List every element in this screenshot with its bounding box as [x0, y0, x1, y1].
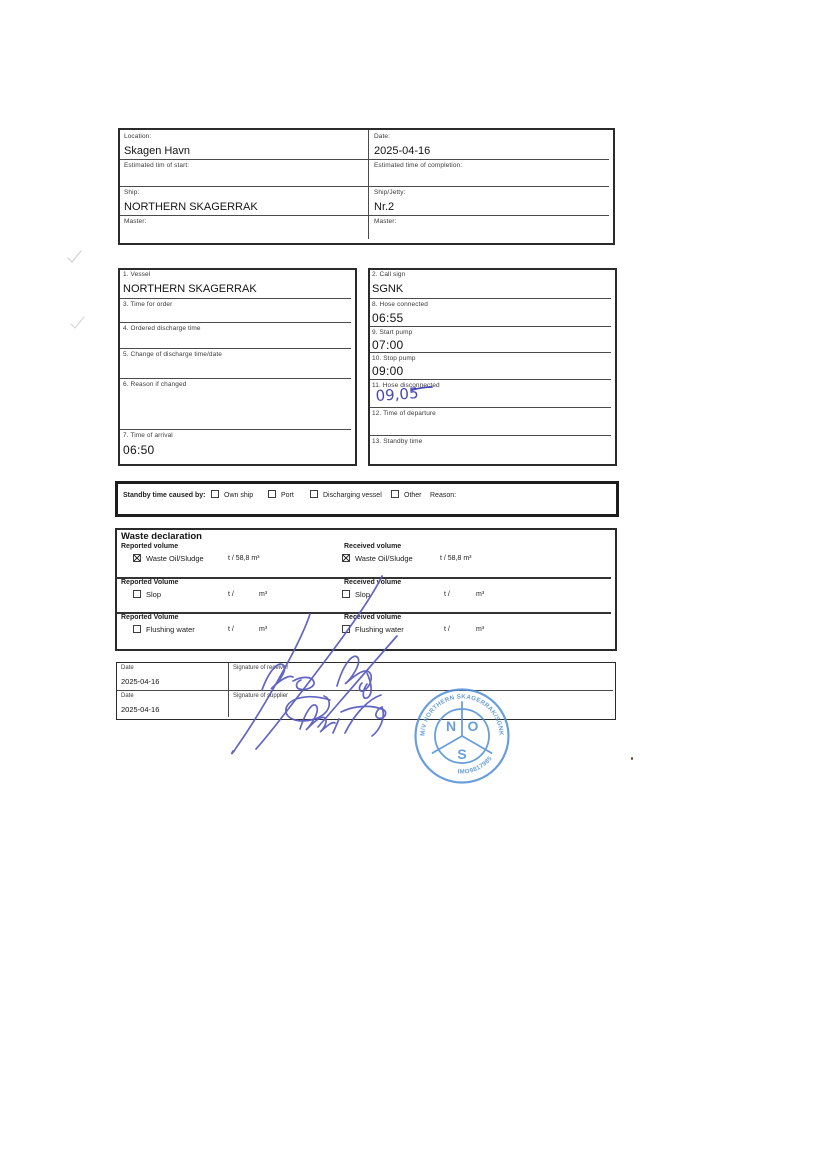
header-row-divider-3 — [120, 215, 609, 216]
stamp-letter-o: O — [468, 718, 479, 734]
signature-stroke — [333, 719, 339, 733]
header-row-divider-1 — [120, 159, 609, 160]
vessel-divider-4 — [120, 378, 351, 379]
field-callsign-label: 2. Call sign — [372, 271, 405, 278]
own-ship-label: Own ship — [224, 492, 253, 499]
signature-stroke — [341, 706, 386, 736]
jetty-value: Nr.2 — [374, 201, 394, 213]
date-value-supplier: 2025-04-16 — [121, 705, 159, 714]
pencil-tick-mark — [69, 315, 87, 331]
field-stop-pump-value: 09:00 — [372, 364, 404, 378]
port-label: Port — [281, 492, 294, 499]
scan-speck — [631, 757, 633, 760]
checkbox-discharging-vessel — [310, 490, 318, 498]
checkbox-reported-slop — [133, 590, 141, 598]
vessel-divider-2 — [120, 322, 351, 323]
estimated-start-label: Estimated tim of start: — [124, 162, 189, 169]
jetty-label: Ship/Jetty: — [374, 189, 405, 196]
field-time-arrival-label: 7. Time of arrival — [123, 432, 173, 439]
svg-text:09,05: 09,05 — [375, 384, 419, 405]
waste-declaration-title: Waste declaration — [121, 531, 202, 542]
reported-slop-label: Slop — [146, 590, 161, 599]
date-label: Date: — [374, 133, 390, 140]
received-flushing-qty: t / — [444, 626, 450, 633]
reported-flushing-label: Flushing water — [146, 625, 195, 634]
reason-label: Reason: — [430, 492, 456, 499]
field-vessel-value: NORTHERN SKAGERRAK — [123, 283, 257, 295]
date-value-receiver: 2025-04-16 — [121, 677, 159, 686]
field-time-for-order-label: 3. Time for order — [123, 301, 172, 308]
field-ordered-discharge-label: 4. Ordered discharge time — [123, 325, 201, 332]
date-value: 2025-04-16 — [374, 145, 430, 157]
field-hose-connected-value: 06:55 — [372, 311, 404, 325]
field-start-pump-value: 07:00 — [372, 338, 404, 352]
handwritten-signatures — [205, 555, 415, 765]
header-row-divider-2 — [120, 186, 609, 187]
pencil-tick-mark — [66, 249, 84, 265]
received-volume-header-1: Received volume — [344, 543, 401, 550]
ship-value: NORTHERN SKAGERRAK — [124, 201, 258, 213]
field-vessel-label: 1. Vessel — [123, 271, 150, 278]
standby-box — [115, 481, 619, 517]
discharging-vessel-label: Discharging vessel — [323, 492, 382, 499]
location-value: Skagen Havn — [124, 145, 190, 157]
received-oil-sludge-qty: t / 58,8 m³ — [440, 555, 472, 562]
signature-stroke — [363, 673, 371, 698]
other-label: Other — [404, 492, 422, 499]
received-slop-qty: t / — [444, 591, 450, 598]
checkbox-own-ship — [211, 490, 219, 498]
signature-stroke — [262, 664, 293, 690]
received-flushing-unit: m³ — [476, 626, 484, 633]
reported-volume-header-3: Reported Volume — [121, 614, 178, 621]
reported-volume-header-1: Reported volume — [121, 543, 178, 550]
checkbox-port — [268, 490, 276, 498]
pump-divider-3 — [370, 352, 611, 353]
signature-stroke — [232, 614, 310, 754]
reported-volume-header-2: Reported Volume — [121, 579, 178, 586]
standby-caused-by-label: Standby time caused by: — [123, 492, 205, 499]
date-label-receiver: Date — [121, 665, 134, 671]
signature-stroke — [256, 576, 382, 749]
location-label: Location: — [124, 133, 151, 140]
header-col-divider — [368, 130, 369, 239]
field-stop-pump-label: 10. Stop pump — [372, 355, 416, 362]
scanned-form-page: Location: Skagen Havn Date: 2025-04-16 E… — [0, 0, 827, 1169]
pump-divider-1 — [370, 298, 611, 299]
stamp-letter-s: S — [457, 746, 466, 762]
pump-divider-2 — [370, 326, 611, 327]
field-reason-changed-label: 6. Reason if changed — [123, 381, 186, 388]
master-label-right: Master: — [374, 218, 396, 225]
hose-disconnected-handwriting: 09,05 — [374, 383, 440, 409]
field-change-discharge-label: 5. Change of discharge time/date — [123, 351, 222, 358]
master-label-left: Master: — [124, 218, 146, 225]
checkbox-reported-flushing — [133, 625, 141, 633]
reported-oil-sludge-label: Waste Oil/Sludge — [146, 554, 204, 563]
estimated-completion-label: Estimated time of completion: — [374, 162, 462, 169]
field-hose-connected-label: 8. Hose connected — [372, 301, 428, 308]
pump-divider-4 — [370, 379, 611, 380]
received-slop-unit: m³ — [476, 591, 484, 598]
vessel-divider-1 — [120, 298, 351, 299]
checkbox-reported-oil-sludge — [133, 554, 141, 562]
field-departure-label: 12. Time of departure — [372, 410, 436, 417]
field-time-arrival-value: 06:50 — [123, 443, 155, 457]
pump-divider-6 — [370, 435, 611, 436]
stamp-letter-n: N — [446, 718, 456, 734]
checkbox-other — [391, 490, 399, 498]
field-standby-time-label: 13. Standby time — [372, 438, 422, 445]
vessel-divider-3 — [120, 348, 351, 349]
date-label-supplier: Date — [121, 693, 134, 699]
ship-label: Ship: — [124, 189, 139, 196]
vessel-divider-5 — [120, 429, 351, 430]
field-start-pump-label: 9. Start pump — [372, 329, 412, 336]
ship-stamp: N O S M/V NORTHERN SKAGERRAK/SGNK IMO981… — [405, 679, 519, 793]
field-callsign-value: SGNK — [372, 283, 403, 295]
signature-stroke — [293, 677, 314, 689]
